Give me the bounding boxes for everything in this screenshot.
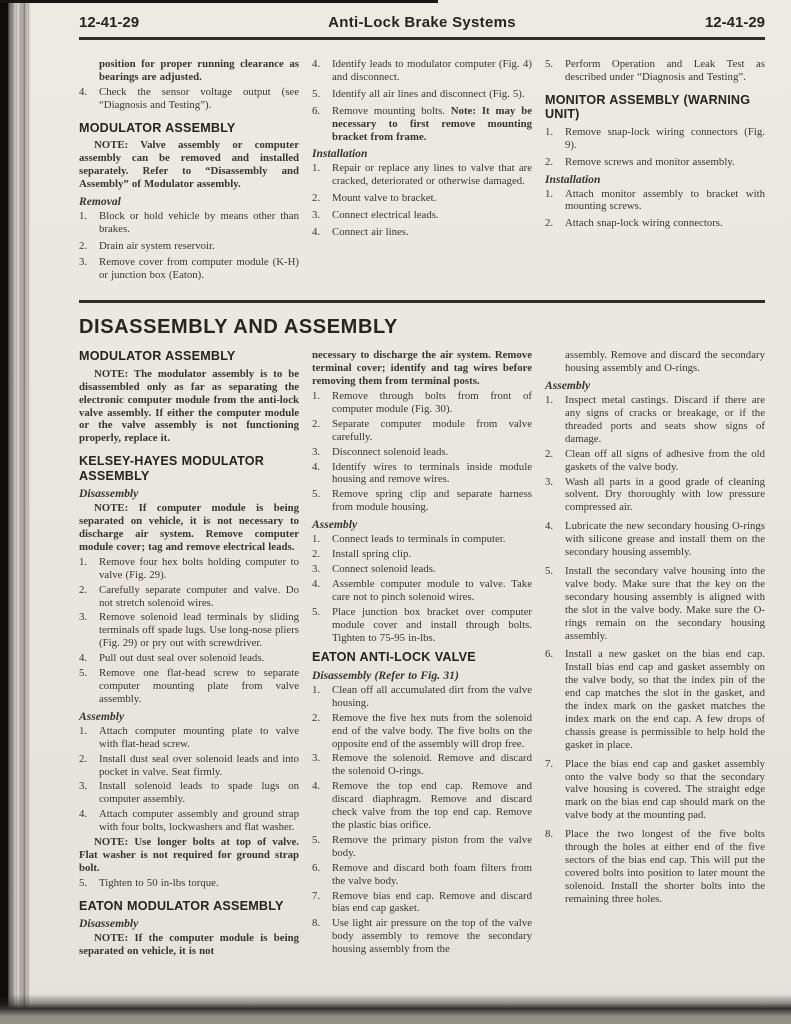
numbered-step: 7.Remove bias end cap. Remove and discar… [312,890,532,916]
numbered-step: 3.Remove the solenoid. Remove and discar… [312,752,532,778]
step-text: Remove spring clip and separate harness … [332,488,532,514]
step-number: 5. [545,565,565,642]
numbered-step: 1.Inspect metal castings. Discard if the… [545,394,765,446]
scan-bottom-shadow [0,994,791,1024]
column-1: position for proper running clearance as… [79,58,299,286]
numbered-step: 4.Lubricate the new secondary housing O-… [545,520,765,559]
step-number: 4. [79,808,99,834]
step-text: Place the bias end cap and gasket assemb… [565,758,765,823]
step-text: Attach snap-lock wiring connectors. [565,217,765,230]
column-3: assembly. Remove and discard the seconda… [545,349,765,960]
step-number: 5. [312,606,332,645]
step-text: Identify leads to modulator computer (Fi… [332,58,532,84]
step-number: 8. [545,828,565,905]
step-text: Install solenoid leads to spade lugs on … [99,780,299,806]
step-number: 1. [312,162,332,188]
note-paragraph: NOTE: Valve assembly or computer assembl… [79,139,299,191]
step-text: Attach computer mounting plate to valve … [99,725,299,751]
note-paragraph: necessary to discharge the air system. R… [312,349,532,388]
numbered-step: 3.Remove cover from computer module (K-H… [79,256,299,282]
step-text: Identify all air lines and disconnect (F… [332,88,532,101]
step-number: 3. [312,209,332,222]
step-number: 3. [79,611,99,650]
step-number: 2. [545,448,565,474]
numbered-step: 2.Remove the five hex nuts from the sole… [312,712,532,751]
numbered-step: 1.Remove through bolts from front of com… [312,390,532,416]
step-text: Remove the five hex nuts from the soleno… [332,712,532,751]
step-number: 5. [312,834,332,860]
step-number: 2. [545,217,565,230]
subsection-heading: Installation [312,147,532,160]
step-text: Remove solenoid lead terminals by slidin… [99,611,299,650]
scanned-manual-page: 12-41-29 Anti-Lock Brake Systems 12-41-2… [0,0,791,1024]
step-number: 4. [312,461,332,487]
column-1: MODULATOR ASSEMBLYNOTE: The modulator as… [79,349,299,960]
subsection-heading: Disassembly [79,487,299,500]
numbered-step: 2.Drain air system reservoir. [79,240,299,253]
step-text: Remove snap-lock wiring connectors (Fig.… [565,126,765,152]
step-number: 4. [545,520,565,559]
step-text: Disconnect solenoid leads. [332,446,532,459]
numbered-step: 2.Install spring clip. [312,548,532,561]
step-text: Place the two longest of the five bolts … [565,828,765,905]
top-section: position for proper running clearance as… [79,58,765,286]
numbered-step: 5.Tighten to 50 in-lbs torque. [79,877,299,890]
scan-left-edge [0,0,8,1024]
numbered-step: 3.Wash all parts in a good grade of clea… [545,476,765,515]
step-text: Remove cover from computer module (K-H) … [99,256,299,282]
step-text: Repair or replace any lines to valve tha… [332,162,532,188]
step-text: Connect solenoid leads. [332,563,532,576]
note-paragraph: NOTE: If the computer module is being se… [79,932,299,958]
step-text: Remove one flat-head screw to separate c… [99,667,299,706]
step-text: Perform Operation and Leak Test as descr… [565,58,765,84]
step-text: Assemble computer module to valve. Take … [332,578,532,604]
step-text: Block or hold vehicle by means other tha… [99,210,299,236]
topic-heading: MONITOR ASSEMBLY (WARNING UNIT) [545,93,765,122]
page-paper: 12-41-29 Anti-Lock Brake Systems 12-41-2… [31,0,791,1024]
step-text: Connect leads to terminals in computer. [332,533,532,546]
note-paragraph: NOTE: The modulator assembly is to be di… [79,368,299,445]
step-text: Mount valve to bracket. [332,192,532,205]
step-text: Wash all parts in a good grade of cleani… [565,476,765,515]
step-number: 3. [79,780,99,806]
step-text: Drain air system reservoir. [99,240,299,253]
disassembly-section: MODULATOR ASSEMBLYNOTE: The modulator as… [79,349,765,960]
subsection-heading: Installation [545,173,765,186]
topic-heading: MODULATOR ASSEMBLY [79,349,299,364]
numbered-step: 5.Install the secondary valve housing in… [545,565,765,642]
topic-heading: EATON ANTI-LOCK VALVE [312,650,532,665]
step-text: Attach monitor assembly to bracket with … [565,188,765,214]
step-text: Install a new gasket on the bias end cap… [565,648,765,751]
page-number-right: 12-41-29 [516,14,765,31]
section-title: DISASSEMBLY AND ASSEMBLY [79,316,765,338]
numbered-step: 3.Connect electrical leads. [312,209,532,222]
step-number: 3. [79,256,99,282]
step-number: 8. [312,917,332,956]
step-text: Connect electrical leads. [332,209,532,222]
column-2: 4.Identify leads to modulator computer (… [312,58,532,286]
step-text: Remove through bolts from front of compu… [332,390,532,416]
subsection-heading: Assembly [312,518,532,531]
step-number: 7. [312,890,332,916]
step-text: Check the sensor voltage output (see “Di… [99,86,299,112]
step-text: Remove the top end cap. Remove and disca… [332,780,532,832]
numbered-step: 2.Attach snap-lock wiring connectors. [545,217,765,230]
page-header: 12-41-29 Anti-Lock Brake Systems 12-41-2… [79,14,765,31]
numbered-step: 3.Remove solenoid lead terminals by slid… [79,611,299,650]
step-text: Remove the solenoid. Remove and discard … [332,752,532,778]
numbered-step: 1.Remove four hex bolts holding computer… [79,556,299,582]
numbered-step: 1.Attach monitor assembly to bracket wit… [545,188,765,214]
step-number: 5. [312,88,332,101]
numbered-step: 1.Block or hold vehicle by means other t… [79,210,299,236]
step-text: Clean off all signs of adhesive from the… [565,448,765,474]
numbered-step: 8.Use light air pressure on the top of t… [312,917,532,956]
numbered-step: 6.Remove mounting bolts. Note: It may be… [312,105,532,144]
subsection-heading: Removal [79,195,299,208]
step-text: Pull out dust seal over solenoid leads. [99,652,299,665]
step-number: 1. [79,210,99,236]
step-text: Remove bias end cap. Remove and discard … [332,890,532,916]
numbered-step: 2.Separate computer module from valve ca… [312,418,532,444]
column-2: necessary to discharge the air system. R… [312,349,532,960]
step-number: 3. [312,563,332,576]
step-text: Clean off all accumulated dirt from the … [332,684,532,710]
step-number: 3. [312,446,332,459]
step-number: 1. [545,188,565,214]
step-text: Place junction box bracket over computer… [332,606,532,645]
numbered-step: 4.Remove the top end cap. Remove and dis… [312,780,532,832]
step-number: 6. [312,862,332,888]
numbered-step: 3.Connect solenoid leads. [312,563,532,576]
numbered-step: 6.Install a new gasket on the bias end c… [545,648,765,751]
step-number: 7. [545,758,565,823]
step-text: Install dust seal over solenoid leads an… [99,753,299,779]
subsection-heading: Disassembly (Refer to Fig. 31) [312,669,532,682]
numbered-step: 4.Identify leads to modulator computer (… [312,58,532,84]
step-number: 2. [312,712,332,751]
step-number: 3. [312,752,332,778]
numbered-step: 6.Remove and discard both foam filters f… [312,862,532,888]
step-number: 1. [312,390,332,416]
step-text: Lubricate the new secondary housing O-ri… [565,520,765,559]
step-text: Separate computer module from valve care… [332,418,532,444]
step-text: Remove screws and monitor assembly. [565,156,765,169]
step-number: 2. [79,753,99,779]
topic-heading: EATON MODULATOR ASSEMBLY [79,899,299,914]
numbered-step: 4.Pull out dust seal over solenoid leads… [79,652,299,665]
numbered-step: 1.Repair or replace any lines to valve t… [312,162,532,188]
step-number: 1. [79,556,99,582]
step-number: 1. [312,533,332,546]
step-text: Remove the primary piston from the valve… [332,834,532,860]
column-3: 5.Perform Operation and Leak Test as des… [545,58,765,286]
note-paragraph: NOTE: If computer module is being separa… [79,502,299,554]
numbered-step: 8.Place the two longest of the five bolt… [545,828,765,905]
scan-top-edge-line [0,0,438,3]
numbered-step: 2.Clean off all signs of adhesive from t… [545,448,765,474]
numbered-step: 1.Clean off all accumulated dirt from th… [312,684,532,710]
step-number: 4. [79,86,99,112]
step-number: 1. [545,394,565,446]
numbered-step: 4.Check the sensor voltage output (see “… [79,86,299,112]
subsection-heading: Assembly [79,710,299,723]
section-divider-rule [79,300,765,303]
numbered-step: 2.Carefully separate computer and valve.… [79,584,299,610]
step-number: 5. [79,877,99,890]
numbered-step: 1.Attach computer mounting plate to valv… [79,725,299,751]
numbered-step: 5.Remove one flat-head screw to separate… [79,667,299,706]
step-number: 4. [312,780,332,832]
numbered-step: 5.Place junction box bracket over comput… [312,606,532,645]
numbered-step: 4.Identify wires to terminals inside mod… [312,461,532,487]
step-number: 2. [312,192,332,205]
step-number: 6. [312,105,332,144]
step-number: 1. [312,684,332,710]
book-page-edges [8,0,31,1024]
step-number: 4. [79,652,99,665]
step-number: 1. [545,126,565,152]
subsection-heading: Disassembly [79,917,299,930]
step-number: 5. [545,58,565,84]
step-number: 2. [79,240,99,253]
numbered-step: 4.Assemble computer module to valve. Tak… [312,578,532,604]
step-text: Remove and discard both foam filters fro… [332,862,532,888]
step-number: 6. [545,648,565,751]
step-number: 2. [545,156,565,169]
numbered-step: 5.Identify all air lines and disconnect … [312,88,532,101]
step-text: Attach computer assembly and ground stra… [99,808,299,834]
step-text: Use light air pressure on the top of the… [332,917,532,956]
step-text: Connect air lines. [332,226,532,239]
step-number: 3. [545,476,565,515]
step-text: Install the secondary valve housing into… [565,565,765,642]
step-number: 2. [312,548,332,561]
step-text: Install spring clip. [332,548,532,561]
step-number: 2. [79,584,99,610]
numbered-step: 2.Mount valve to bracket. [312,192,532,205]
topic-heading: KELSEY-HAYES MODULATOR ASSEMBLY [79,454,299,483]
header-rule [79,37,765,40]
numbered-step: 7.Place the bias end cap and gasket asse… [545,758,765,823]
numbered-step: 3.Install solenoid leads to spade lugs o… [79,780,299,806]
continued-paragraph: position for proper running clearance as… [99,58,299,84]
numbered-step: 2.Install dust seal over solenoid leads … [79,753,299,779]
step-text: Inspect metal castings. Discard if there… [565,394,765,446]
numbered-step: 5.Remove the primary piston from the val… [312,834,532,860]
continued-paragraph: assembly. Remove and discard the seconda… [565,349,765,375]
step-text: Identify wires to terminals inside modul… [332,461,532,487]
numbered-step: 4.Attach computer assembly and ground st… [79,808,299,834]
numbered-step: 5.Remove spring clip and separate harnes… [312,488,532,514]
step-text: Remove mounting bolts. Note: It may be n… [332,105,532,144]
subsection-heading: Assembly [545,379,765,392]
step-number: 4. [312,58,332,84]
numbered-step: 3.Disconnect solenoid leads. [312,446,532,459]
page-title: Anti-Lock Brake Systems [328,14,516,31]
step-text: Remove four hex bolts holding computer t… [99,556,299,582]
step-number: 5. [312,488,332,514]
numbered-step: 5.Perform Operation and Leak Test as des… [545,58,765,84]
step-number: 4. [312,226,332,239]
numbered-step: 1.Connect leads to terminals in computer… [312,533,532,546]
numbered-step: 4.Connect air lines. [312,226,532,239]
topic-heading: MODULATOR ASSEMBLY [79,121,299,136]
note-paragraph: NOTE: Use longer bolts at top of valve. … [79,836,299,875]
step-number: 1. [79,725,99,751]
page-number-left: 12-41-29 [79,14,328,31]
step-number: 2. [312,418,332,444]
numbered-step: 1.Remove snap-lock wiring connectors (Fi… [545,126,765,152]
step-number: 4. [312,578,332,604]
numbered-step: 2.Remove screws and monitor assembly. [545,156,765,169]
step-text: Tighten to 50 in-lbs torque. [99,877,299,890]
step-text: Carefully separate computer and valve. D… [99,584,299,610]
step-number: 5. [79,667,99,706]
